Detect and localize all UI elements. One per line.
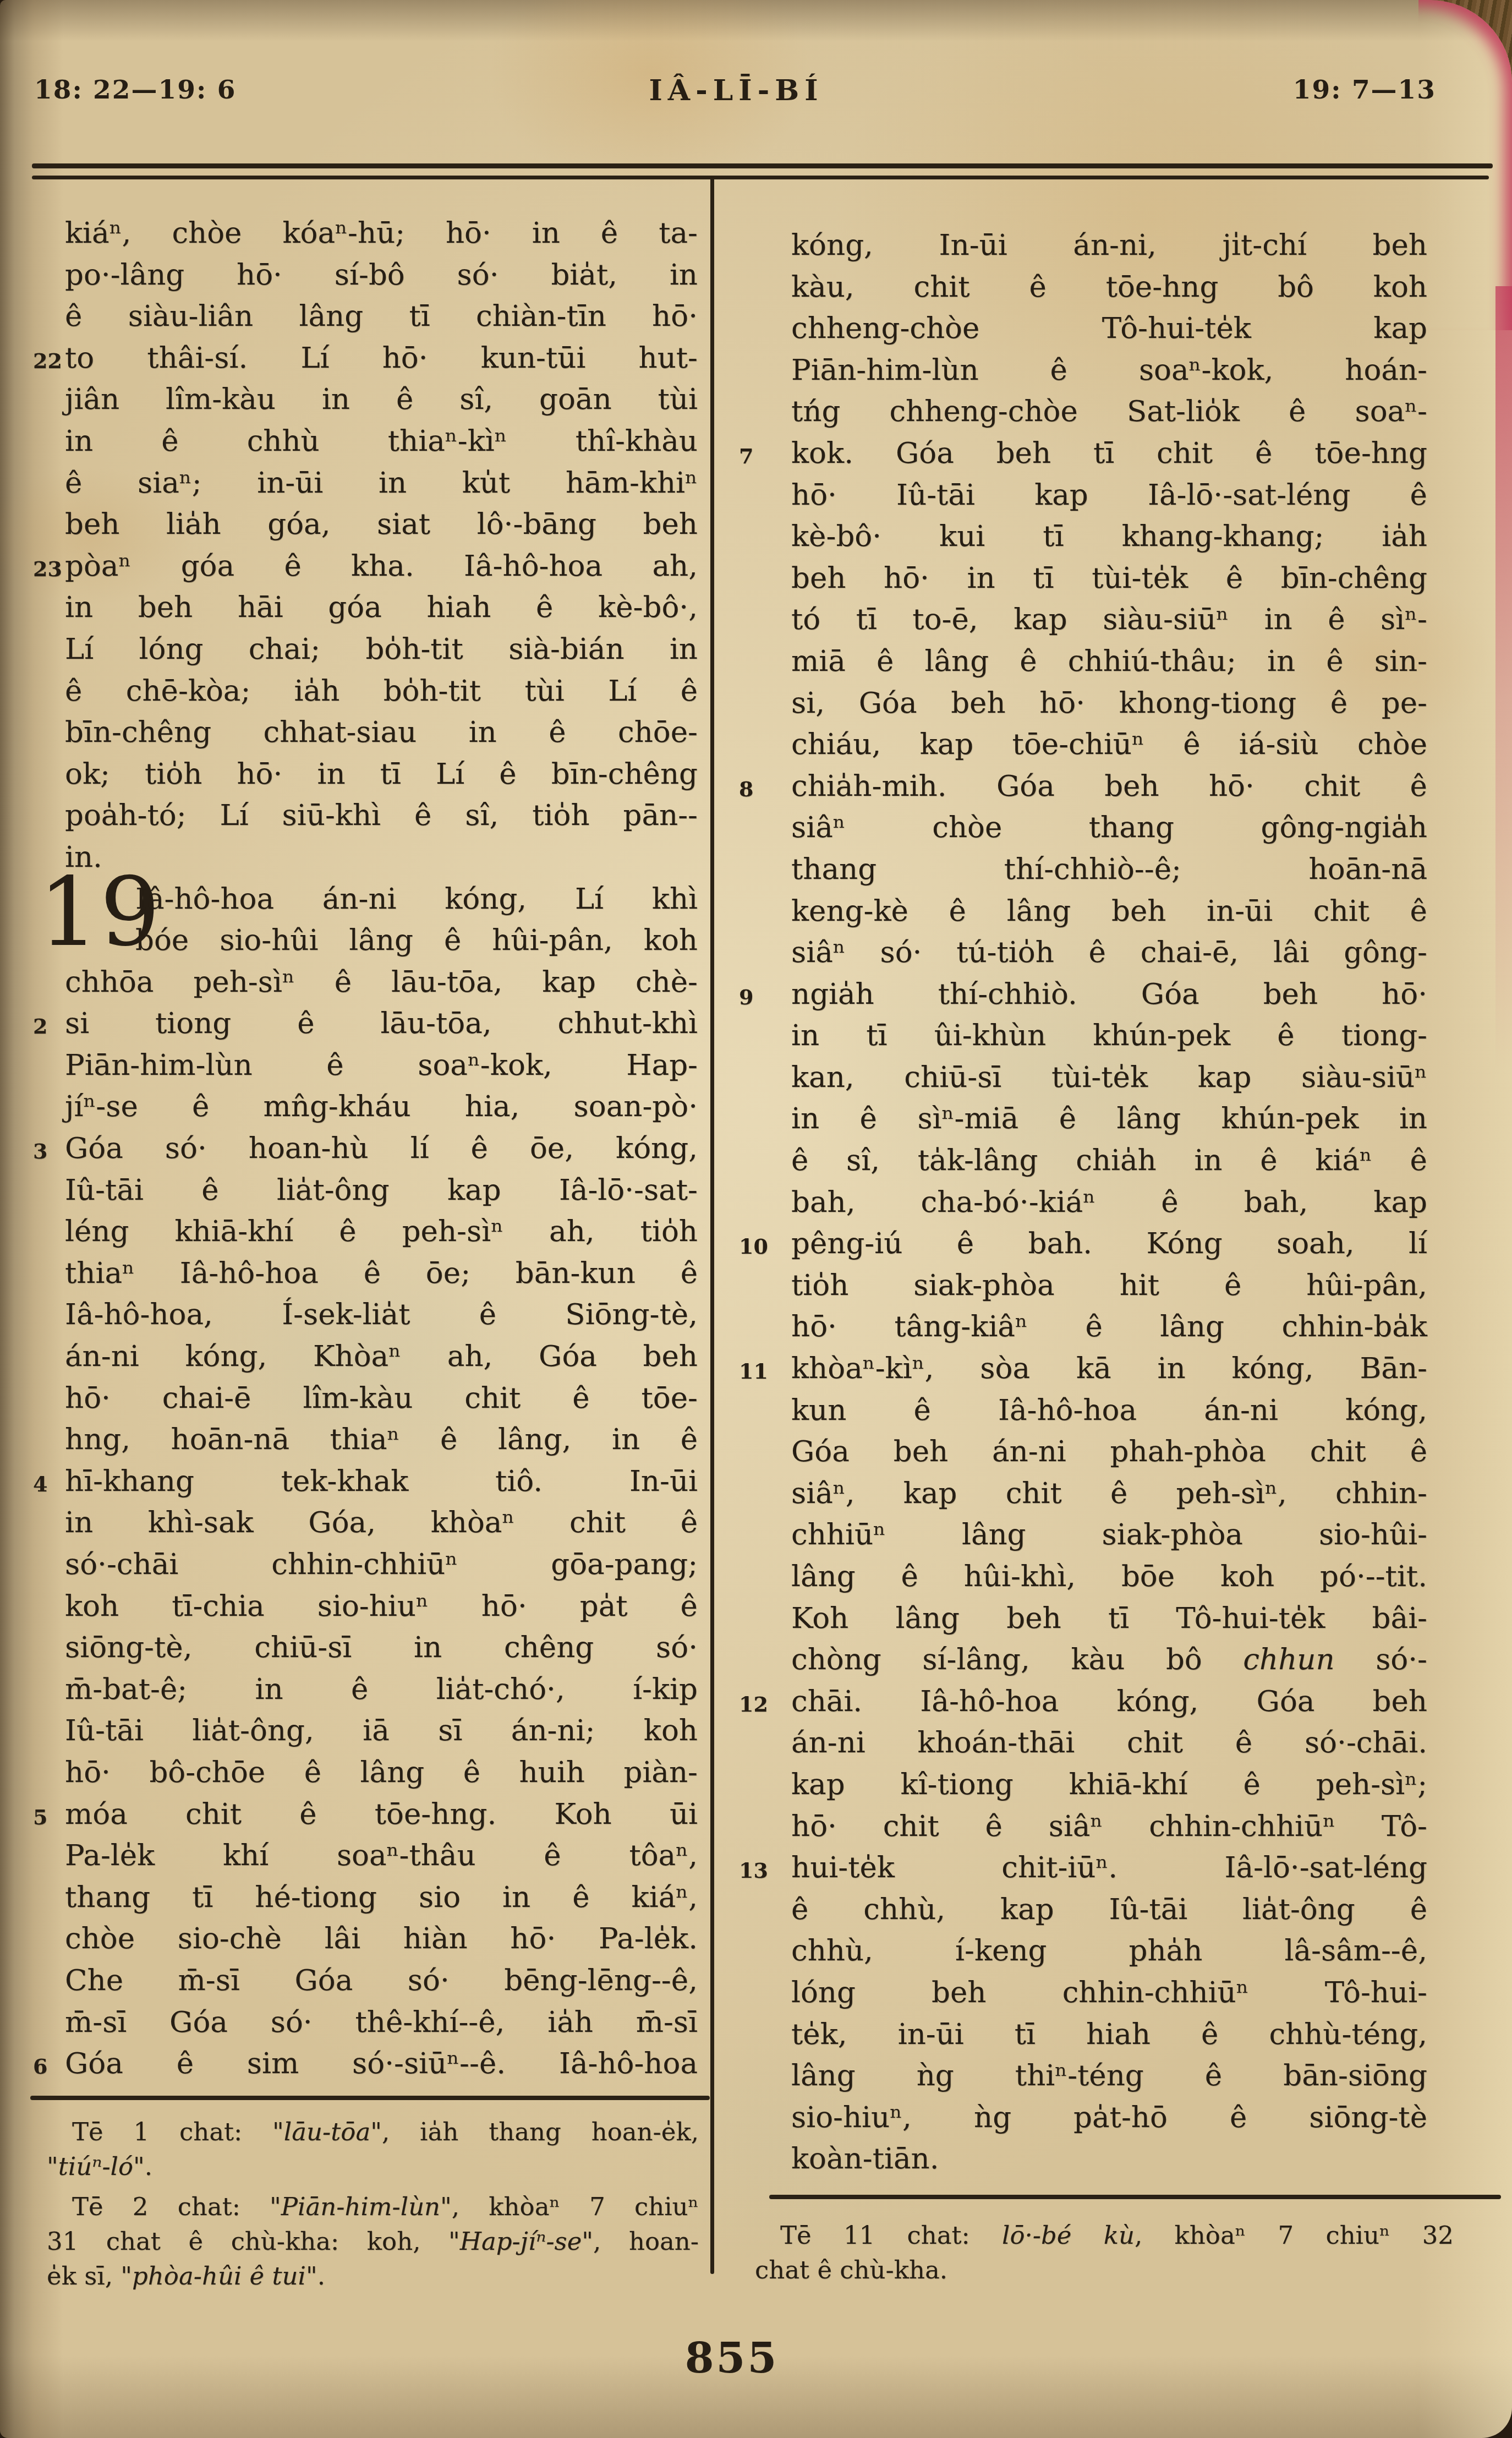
text-line: siōng-tè, chiū-sī in chêng só· [65,1627,698,1669]
text-line: kun ê Iâ-hô-hoa án-ni kóng, [791,1390,1427,1431]
text-line: miā ê lâng ê chhiú-thâu; in ê sin- [791,641,1427,682]
text-line: Koh lâng beh tī Tô-hui-te̍k bâi- [791,1598,1427,1639]
text-line: chòng sí-lâng, kàu bô chhun só·- [791,1639,1427,1681]
text-line: chāi. Iâ-hô-hoa kóng, Góa beh12 [791,1681,1427,1723]
text-line: Iâ-hô-hoa án-ni kóng, Lí khì [65,878,698,920]
text-line: Tē 1 chat: "lāu-tōa", ia̍h thang hoan-e̍… [47,2114,699,2149]
verse-number: 10 [739,1226,768,1267]
text-line: ok; tio̍h hō· in tī Lí ê bīn-chêng [65,753,698,795]
text-line: chhù, í-keng pha̍h lâ-sâm--ê, [791,1930,1427,1972]
text-line: hō· Iû-tāi kap Iâ-lō·-sat-léng ê [791,474,1427,516]
page-content: 18: 22—19: 6 IÂ-LĪ-BÍ 19: 7—13 19 kiáⁿ, … [0,0,1512,2438]
verse-number: 9 [739,976,753,1018]
text-line: siâⁿ, kap chit ê peh-sìⁿ, chhin- [791,1473,1427,1515]
text-line: Piān-him-lùn ê soaⁿ-kok, hoán- [791,349,1427,391]
text-line: án-ni khoán-thāi chit ê só·-chāi. [791,1722,1427,1764]
text-line: lâng ê hûi-khì, bōe koh pó·--tit. [791,1556,1427,1598]
text-line: chòe sio-chè lâi hiàn hō· Pa-le̍k. [65,1918,698,1960]
verse-number: 3 [33,1130,47,1172]
text-line: in. [65,837,698,878]
text-line: tńg chheng-chòe Sat-lio̍k ê soaⁿ- [791,391,1427,433]
text-line: léng khiā-khí ê peh-sìⁿ ah, tio̍h [65,1211,698,1253]
text-line: hō· chit ê siâⁿ chhin-chhiūⁿ Tô- [791,1806,1427,1847]
text-line: keng-kè ê lâng beh in-ūi chit ê [791,890,1427,932]
text-line: thang thí-chhiò--ê; hoān-nā [791,849,1427,890]
header-double-rule-top [32,163,1493,168]
text-line: po·-lâng hō· sí-bô só· bia̍t, in [65,254,698,296]
verse-number: 11 [739,1351,768,1392]
text-line: thiaⁿ Iâ-hô-hoa ê ōe; bān-kun ê [65,1253,698,1294]
text-line: ngia̍h thí-chhiò. Góa beh hō·9 [791,974,1427,1015]
text-line: kan, chiū-sī tùi-te̍k kap siàu-siūⁿ [791,1057,1427,1098]
text-line: kok. Góa beh tī chit ê tōe-hng7 [791,433,1427,474]
text-line: hui-te̍k chit-iūⁿ. Iâ-lō·-sat-léng13 [791,1847,1427,1889]
text-line: lâng ǹg thiⁿ-téng ê bān-siōng [791,2055,1427,2097]
text-line: hng, hoān-nā thiaⁿ ê lâng, in ê [65,1419,698,1461]
text-line: ê sî, ta̍k-lâng chia̍h in ê kiáⁿ ê [791,1140,1427,1182]
text-line: te̍k, in-ūi tī hiah ê chhù-téng, [791,2014,1427,2056]
text-column-left: 19 kiáⁿ, chòe kóaⁿ-hū; hō· in ê ta-po·-l… [65,212,698,2085]
text-line: tio̍h siak-phòa hit ê hûi-pân, [791,1265,1427,1307]
text-line: Tē 11 chat: lō·-bé kù, khòaⁿ 7 chiuⁿ 32 [755,2218,1454,2253]
text-line: Tē 2 chat: "Piān-him-lùn", khòaⁿ 7 chiuⁿ [47,2189,699,2224]
text-line: in ê chhù thiaⁿ-kìⁿ thî-khàu [65,420,698,462]
text-line: móa chit ê tōe-hng. Koh ūi5 [65,1794,698,1835]
text-line: "tiúⁿ-ló". [47,2149,699,2184]
book-title-running-head: IÂ-LĪ-BÍ [649,74,824,107]
text-line: to thâi-sí. Lí hō· kun-tūi hut-22 [65,337,698,379]
text-line: kàu, chit ê tōe-hng bô koh [791,266,1427,308]
text-line: án-ni kóng, Khòaⁿ ah, Góa beh [65,1336,698,1377]
text-line: pêng-iú ê bah. Kóng soah, lí10 [791,1223,1427,1265]
text-line: siâⁿ só· tú-tio̍h ê chai-ē, lâi gông- [791,932,1427,974]
text-line: Piān-him-lùn ê soaⁿ-kok, Hap- [65,1045,698,1086]
text-line: si, Góa beh hō· khong-tiong ê pe- [791,682,1427,724]
text-line: ê chē-kòa; ia̍h bo̍h-tit tùi Lí ê [65,670,698,712]
text-line: sio-hiuⁿ, ǹg pa̍t-hō ê siōng-tè [791,2097,1427,2139]
text-line: kap kî-tiong khiā-khí ê peh-sìⁿ; [791,1764,1427,1806]
verse-number: 22 [33,340,62,382]
text-line: Góa ê sim só·-siūⁿ--ê. Iâ-hô-hoa6 [65,2043,698,2085]
text-line: Góa beh án-ni phah-phòa chit ê [791,1431,1427,1473]
text-line: si tiong ê lāu-tōa, chhut-khì2 [65,1003,698,1045]
text-line: 31 chat ê chù-kha: koh, "Hap-jíⁿ-se", ho… [47,2224,699,2259]
text-line: hō· tâng-kiâⁿ ê lâng chhin-ba̍k [791,1306,1427,1348]
text-line: kóng, In-ūi án-ni, ji̍t-chí beh [791,225,1427,266]
footnotes-left: Tē 1 chat: "lāu-tōa", ia̍h thang hoan-e̍… [47,2114,699,2293]
verse-number: 6 [33,2046,47,2087]
verse-number: 4 [33,1463,47,1505]
verse-number: 23 [33,548,62,590]
text-line: Che m̄-sī Góa só· bēng-lēng--ê, [65,1960,698,2002]
text-line: koh tī-chia sio-hiuⁿ hō· pa̍t ê [65,1586,698,1627]
verse-number: 12 [739,1683,768,1725]
page-number: 855 [638,2333,825,2382]
text-line: beh lia̍h góa, siat lô·-bāng beh [65,504,698,545]
header-verse-range-left: 18: 22—19: 6 [34,75,236,105]
verse-number: 7 [739,435,753,477]
text-line: hī-khang tek-khak tiô. In-ūi4 [65,1461,698,1502]
text-line: só·-chāi chhin-chhiūⁿ gōa-pang; [65,1544,698,1586]
text-line: m̄-sī Góa só· thê-khí--ê, ia̍h m̄-sī [65,2002,698,2043]
footnote-separator-left [30,2096,710,2100]
text-line: hō· chai-ē lîm-kàu chit ê tōe- [65,1377,698,1419]
text-line: bah, cha-bó·-kiáⁿ ê bah, kap [791,1182,1427,1223]
text-line: chia̍h-mih. Góa beh hō· chit ê8 [791,766,1427,807]
text-line: kiáⁿ, chòe kóaⁿ-hū; hō· in ê ta- [65,212,698,254]
text-line: pòaⁿ góa ê kha. Iâ-hô-hoa ah,23 [65,545,698,587]
text-line: chhiūⁿ lâng siak-phòa sio-hûi- [791,1514,1427,1556]
text-line: poa̍h-tó; Lí siū-khì ê sî, tio̍h pān-- [65,795,698,837]
text-line: Iû-tāi lia̍t-ông, iā sī án-ni; koh [65,1710,698,1752]
text-line: jíⁿ-se ê mn̂g-kháu hia, soan-pò· [65,1086,698,1128]
text-line: jiân lîm-kàu in ê sî, goān tùi [65,379,698,420]
text-line: Pa-le̍k khí soaⁿ-thâu ê tôaⁿ, [65,1835,698,1877]
header-verse-range-right: 19: 7—13 [1238,75,1436,105]
text-line: koàn-tiān. [791,2138,1427,2180]
text-line: chheng-chòe Tô-hui-te̍k kap [791,308,1427,349]
text-line: chhōa peh-sìⁿ ê lāu-tōa, kap chè- [65,961,698,1003]
text-line: m̄-bat-ê; in ê lia̍t-chó·, í-kip [65,1669,698,1710]
text-line: tó tī to-ē, kap siàu-siūⁿ in ê sìⁿ- [791,599,1427,641]
verse-number: 5 [33,1796,47,1838]
text-line: chat ê chù-kha. [755,2253,1454,2287]
text-line: ê siàu-liân lâng tī chiàn-tīn hō· [65,296,698,337]
text-line: siâⁿ chòe thang gông-ngia̍h [791,807,1427,849]
footnotes-right: Tē 11 chat: lō·-bé kù, khòaⁿ 7 chiuⁿ 32c… [755,2218,1454,2287]
text-line: thang tī hé-tiong sio in ê kiáⁿ, [65,1877,698,1918]
text-line: in tī ûi-khùn khún-pek ê tiong- [791,1015,1427,1057]
text-line: lóng beh chhin-chhiūⁿ Tô-hui- [791,1972,1427,2014]
text-line: ê chhù, kap Iû-tāi lia̍t-ông ê [791,1889,1427,1931]
text-line: chiáu, kap tōe-chiūⁿ ê iá-siù chòe [791,724,1427,766]
text-line: bóe sio-hûi lâng ê hûi-pân, koh [65,920,698,961]
text-line: e̍k sī, "phòa-hûi ê tui". [47,2259,699,2293]
footnote-separator-right [769,2195,1501,2199]
text-column-right: kóng, In-ūi án-ni, ji̍t-chí behkàu, chit… [791,225,1427,2180]
text-line: beh hō· in tī tùi-te̍k ê bīn-chêng [791,557,1427,599]
verse-number: 13 [739,1850,768,1892]
text-line: Lí lóng chai; bo̍h-tit sià-bián in [65,628,698,670]
text-line: khòaⁿ-kìⁿ, sòa kā in kóng, Bān-11 [791,1348,1427,1390]
text-line: Góa só· hoan-hù lí ê ōe, kóng,3 [65,1128,698,1169]
verse-number: 8 [739,768,753,810]
column-divider-rule [710,177,714,2274]
text-line: in ê sìⁿ-miā ê lâng khún-pek in [791,1098,1427,1140]
text-line: hō· bô-chōe ê lâng ê huih piàn- [65,1752,698,1794]
text-line: in beh hāi góa hiah ê kè-bô·, [65,587,698,628]
text-line: kè-bô· kui tī khang-khang; ia̍h [791,516,1427,557]
text-line: ê siaⁿ; in-ūi in ku̍t hām-khiⁿ [65,462,698,504]
text-line: in khì-sak Góa, khòaⁿ chit ê [65,1502,698,1544]
text-line: Iâ-hô-hoa, Í-sek-lia̍t ê Siōng-tè, [65,1294,698,1336]
header-double-rule-bottom [32,176,1489,179]
text-line: Iû-tāi ê lia̍t-ông kap Iâ-lō·-sat- [65,1169,698,1211]
verse-number: 2 [33,1005,47,1047]
text-line: bīn-chêng chhat-siau in ê chōe- [65,712,698,753]
